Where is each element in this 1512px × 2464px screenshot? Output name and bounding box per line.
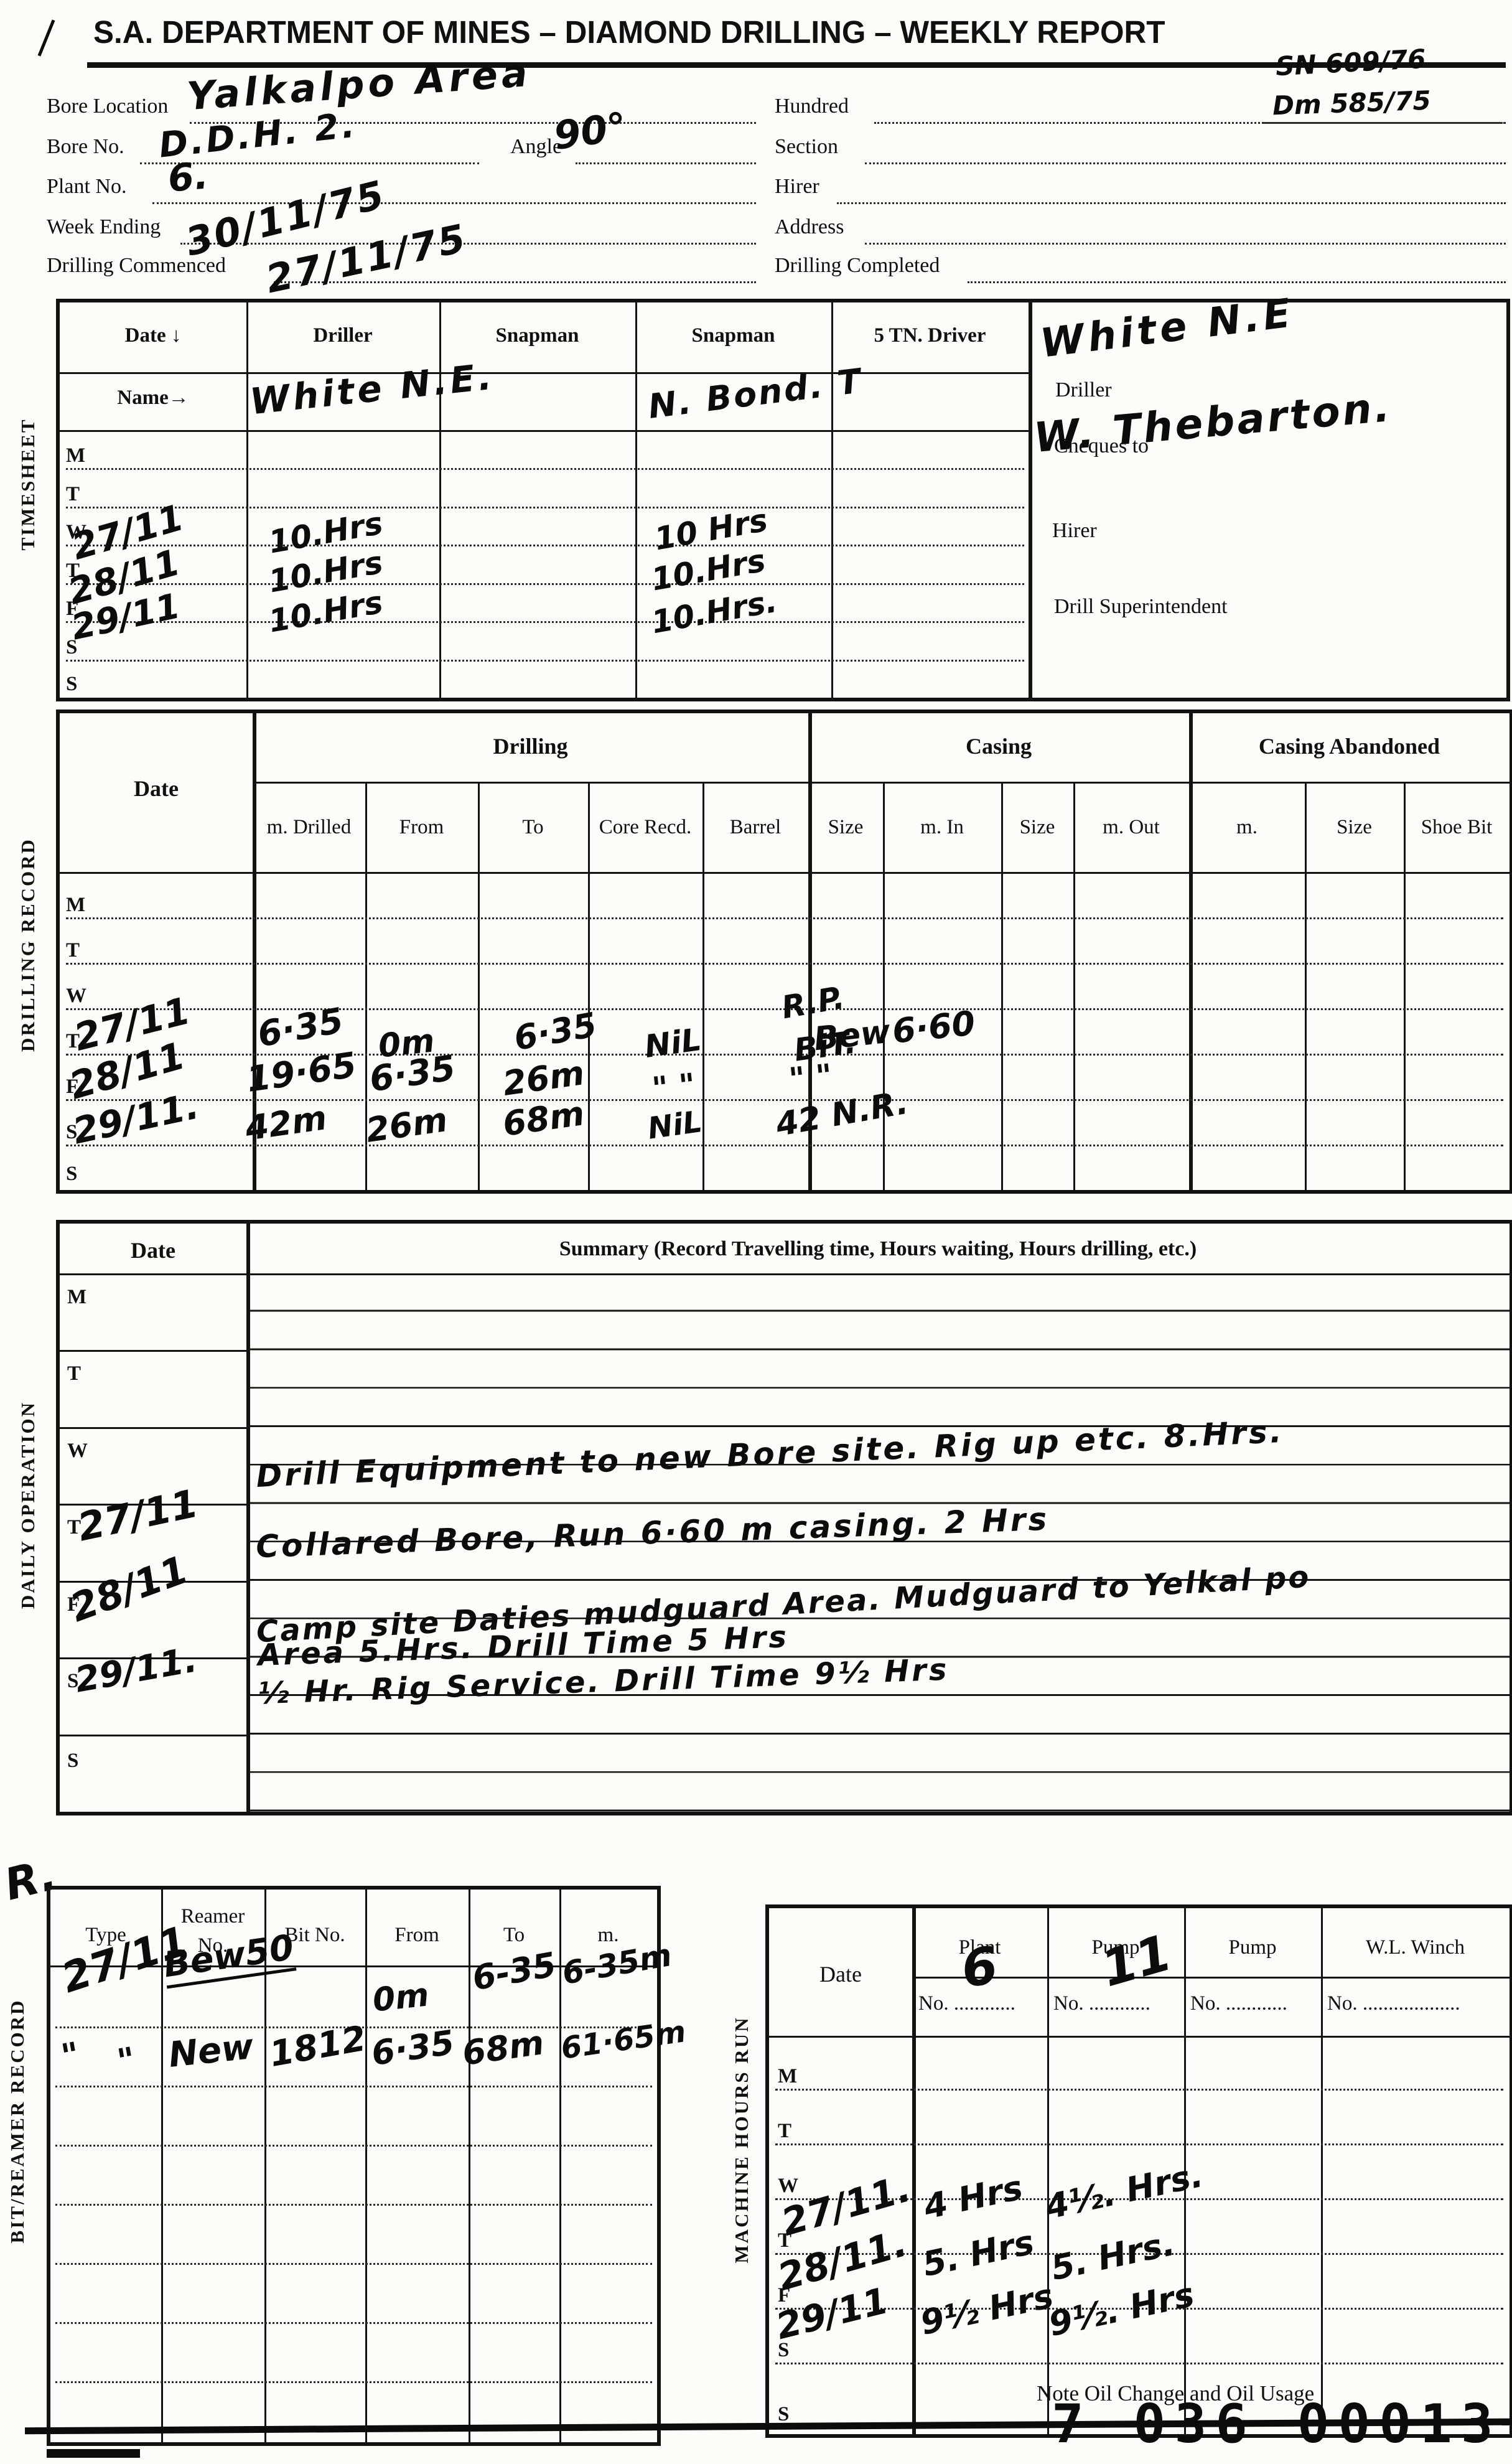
timesheet-table: Date ↓ Driller Snapman Snapman 5 TN. Dri… [56, 299, 1510, 701]
mh-plant-1: 4 Hrs [921, 2171, 1025, 2224]
do-date-27: 27/11 [75, 1484, 202, 1547]
panel-superintendent-label: Drill Superintendent [1054, 595, 1228, 619]
mh-col-winch: W.L. Winch [1321, 1936, 1510, 1959]
dr-core-1: NiL [643, 1024, 703, 1062]
drilling-record-section-label: DRILLING RECORD [17, 789, 39, 1100]
plant-no-label: Plant No. [47, 175, 126, 199]
page-title: S.A. DEPARTMENT OF MINES – DIAMOND DRILL… [93, 14, 1445, 50]
br-type-2: " [115, 2043, 138, 2079]
mh-pump-2: 5. Hrs. [1048, 2227, 1178, 2286]
dr-casing-size-1: Bew [813, 1016, 892, 1056]
pen-stray-mark [38, 19, 55, 56]
mh-col-date: Date [769, 1961, 912, 1987]
dr-from-2: 6·35 [368, 1051, 458, 1098]
br-col-from: From [365, 1924, 469, 1947]
dr-group-drilling: Drilling [253, 733, 808, 759]
do-day-w: W [67, 1440, 88, 1463]
do-day-t1: T [67, 1362, 81, 1385]
dr-col-date: Date [60, 775, 253, 802]
daily-operation-table: Date Summary (Record Travelling time, Ho… [56, 1220, 1512, 1815]
panel-cheques-label: Cheques to [1054, 434, 1149, 458]
do-day-s2: S [67, 1750, 78, 1773]
mh-day-t1: T [778, 2120, 791, 2143]
br-from-1: 0m [371, 1979, 431, 2017]
br-col-to: To [469, 1924, 559, 1947]
dr-col-barrel: Barrel [702, 816, 808, 839]
mh-pump2-no-label: No. ............ [1190, 1992, 1315, 2015]
br-from-2: 6·35 [370, 2026, 456, 2071]
br-to-1: 6-35 [470, 1948, 558, 1996]
machine-hours-table: Date Plant Pump Pump W.L. Winch No. ....… [765, 1904, 1512, 2438]
week-ending-label: Week Ending [47, 215, 161, 239]
do-date-28: 28/11 [65, 1550, 193, 1628]
dr-day-t1: T [66, 939, 80, 962]
do-day-m: M [67, 1286, 86, 1309]
mh-pump-1: 4½. Hrs. [1042, 2158, 1206, 2224]
timesheet-col-driller: Driller [246, 324, 439, 347]
plant-no-line [152, 202, 756, 204]
panel-hirer-label: Hirer [1052, 519, 1097, 543]
hundred-label: Hundred [775, 95, 849, 118]
timesheet-name-label: Name→ [69, 386, 237, 410]
bottom-left-scan-artifact [47, 2449, 140, 2458]
timesheet-day-m: M [66, 444, 85, 467]
dr-to-3: 68m [501, 1097, 587, 1141]
dr-day-m: M [66, 894, 85, 917]
panel-signature-top: White N.E [1038, 293, 1297, 363]
dr-casing-min-1: 6·60 [891, 1006, 977, 1049]
bore-location-label: Bore Location [47, 95, 168, 118]
dr-to-1: 6·35 [511, 1008, 599, 1056]
dr-group-casing-abandoned: Casing Abandoned [1189, 733, 1510, 759]
dr-col-from: From [365, 816, 478, 839]
dr-day-s2: S [66, 1163, 77, 1186]
mh-plant-2: 5. Hrs [920, 2226, 1037, 2282]
do-col-date: Date [60, 1237, 246, 1263]
timesheet-col-date: Date ↓ [60, 324, 246, 347]
mh-pump-3: 9½. Hrs [1046, 2278, 1197, 2341]
bit-reamer-table: Type Reamer No. Bit No. From To m. 27/11… [47, 1886, 661, 2446]
dr-from-3: 26m [364, 1103, 450, 1148]
daily-operation-section-label: DAILY OPERATION [17, 1349, 39, 1661]
dr-group-casing: Casing [808, 733, 1189, 759]
scanned-weekly-report-form: S.A. DEPARTMENT OF MINES – DIAMOND DRILL… [0, 0, 1512, 2464]
timesheet-col-driver: 5 TN. Driver [831, 324, 1029, 347]
plant-no-value: 6. [167, 157, 210, 197]
drilling-completed-label: Drilling Completed [775, 254, 940, 278]
do-date-29: 29/11. [73, 1642, 200, 1698]
dr-col-size2: Size [1001, 816, 1073, 839]
dr-day-w: W [66, 985, 86, 1008]
dr-barrel-2: " " [788, 1060, 834, 1095]
angle-line [576, 162, 756, 164]
hirer-label: Hirer [775, 175, 819, 199]
drilling-record-table: Date Drilling Casing Casing Abandoned m.… [56, 710, 1512, 1194]
dr-col-m-out: m. Out [1073, 816, 1189, 839]
bit-reamer-section-label: BIT/REAMER RECORD [6, 1965, 29, 2277]
dr-col-core: Core Recd. [588, 816, 702, 839]
driller-name-handwritten: White N.E. [248, 358, 497, 420]
mh-winch-no-label: No. ................... [1327, 1992, 1508, 2015]
machine-hours-section-label: MACHINE HOURS RUN [730, 1984, 753, 2295]
dr-col-m-in: m. In [883, 816, 1001, 839]
drilling-completed-line [968, 281, 1506, 283]
dr-core-2: " " [651, 1069, 697, 1105]
dr-col-size1: Size [808, 816, 883, 839]
timesheet-day-t1: T [66, 483, 80, 506]
dr-col-ca-m: m. [1189, 816, 1305, 839]
dr-col-to: To [478, 816, 588, 839]
address-line [865, 243, 1506, 245]
dr-mdrilled-1: 6·35 [255, 1003, 346, 1052]
mh-plant-no-value: 6 [959, 1940, 1001, 1995]
br-bit-2: 1812 [267, 2021, 368, 2073]
dr-mdrilled-3: 42m [243, 1101, 329, 1146]
do-col-summary: Summary (Record Travelling time, Hours w… [246, 1237, 1510, 1261]
timesheet-col-snapman1: Snapman [439, 324, 635, 347]
mh-day-w: W [778, 2175, 798, 2198]
br-stray-ditto: " [59, 2038, 82, 2074]
ref-number-2: Dm 585/75 [1272, 88, 1431, 119]
ref-number-1: SN 609/76 [1275, 46, 1426, 80]
timesheet-section-label: TIMESHEET [17, 329, 39, 640]
dr-col-ca-size: Size [1305, 816, 1404, 839]
address-label: Address [775, 215, 844, 239]
br-reamer-2: New [167, 2030, 255, 2073]
dr-col-m-drilled: m. Drilled [253, 816, 365, 839]
mh-col-pump2: Pump [1184, 1936, 1321, 1959]
br-m-2: 61·65m [559, 2017, 688, 2064]
hirer-line [837, 202, 1506, 204]
dr-core-3: NiL [646, 1107, 704, 1144]
dr-barrel-1a: R.P. [779, 982, 846, 1024]
br-to-2: 68m [460, 2026, 546, 2071]
timesheet-col-snapman2: Snapman [635, 324, 831, 347]
section-line [865, 162, 1506, 164]
angle-value: 90° [551, 107, 629, 156]
hundred-line [874, 122, 1506, 124]
panel-driller-label: Driller [1055, 378, 1112, 402]
mh-plant-3: 9½ Hrs [918, 2279, 1057, 2340]
timesheet-day-s2: S [66, 673, 77, 696]
mh-day-m: M [778, 2065, 797, 2088]
bore-no-label: Bore No. [47, 135, 124, 159]
dr-col-shoe-bit: Shoe Bit [1404, 816, 1510, 839]
section-label: Section [775, 135, 838, 159]
